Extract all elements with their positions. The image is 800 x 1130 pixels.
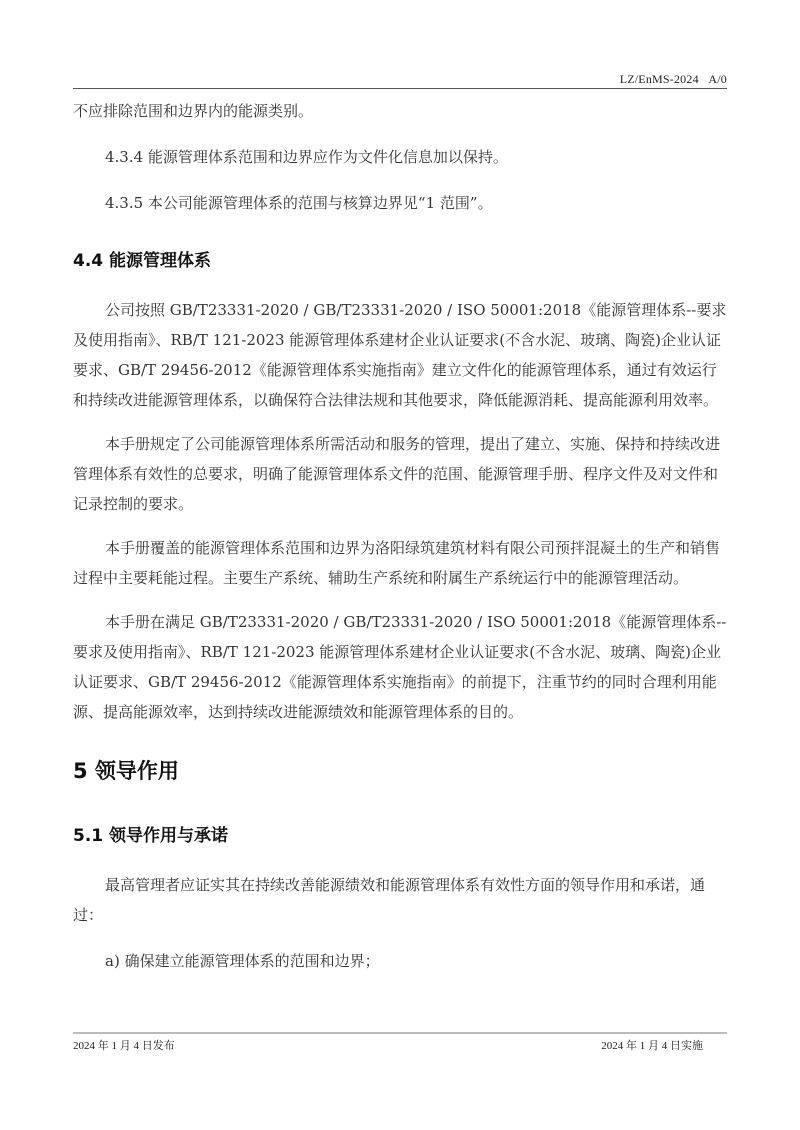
page-footer: 2024 年 1 月 4 日发布 2024 年 1 月 4 日实施	[73, 1032, 727, 1034]
revision-text: A/0	[708, 72, 727, 86]
page-header: LZ/EnMS-2024 A/0	[73, 72, 727, 89]
doc-code-text: LZ/EnMS-2024	[620, 72, 699, 86]
paragraph-4-4-1: 公司按照 GB/T23331-2020 / GB/T23331-2020 / I…	[73, 295, 727, 415]
paragraph-4-4-2: 本手册规定了公司能源管理体系所需活动和服务的管理，提出了建立、实施、保持和持续改…	[73, 429, 727, 519]
effective-date: 2024 年 1 月 4 日实施	[601, 1037, 703, 1053]
heading-4-4: 4.4 能源管理体系	[73, 246, 727, 271]
heading-5: 5 领导作用	[73, 755, 727, 785]
paragraph-4-4-3: 本手册覆盖的能源管理体系范围和边界为洛阳绿筑建筑材料有限公司预拌混凝土的生产和销…	[73, 533, 727, 593]
issue-date: 2024 年 1 月 4 日发布	[73, 1037, 175, 1053]
doc-code: LZ/EnMS-2024 A/0	[620, 72, 727, 87]
paragraph-5-1-1: 最高管理者应证实其在持续改善能源绩效和能源管理体系有效性方面的领导作用和承诺，通…	[73, 870, 727, 930]
continued-paragraph: 不应排除范围和边界内的能源类别。	[73, 96, 727, 126]
heading-5-1: 5.1 领导作用与承诺	[73, 821, 727, 846]
clause-4-3-4: 4.3.4 能源管理体系范围和边界应作为文件化信息加以保持。	[73, 142, 727, 172]
document-body: 不应排除范围和边界内的能源类别。 4.3.4 能源管理体系范围和边界应作为文件化…	[73, 96, 727, 976]
clause-4-3-5: 4.3.5 本公司能源管理体系的范围与核算边界见“1 范围”。	[73, 188, 727, 218]
list-item-a: a) 确保建立能源管理体系的范围和边界；	[73, 946, 727, 976]
paragraph-4-4-4: 本手册在满足 GB/T23331-2020 / GB/T23331-2020 /…	[73, 607, 727, 727]
